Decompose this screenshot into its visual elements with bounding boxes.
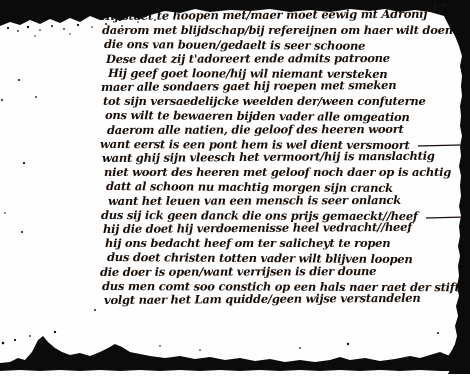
- manuscript-line: want ghij sijn vleesch het vermoort/hij …: [102, 148, 470, 165]
- manuscript-line: die doer is open/want verrijsen is dier …: [100, 263, 470, 278]
- folio-number: 17: [431, 2, 446, 15]
- manuscript-line: daerom met blijdschap/bij refereijnen om…: [102, 23, 470, 37]
- manuscript-line: tot sijn versaedelijcke weelden der/ween…: [103, 94, 470, 108]
- manuscript-line: hij die doet hij verdoemenisse heel vedr…: [103, 219, 470, 236]
- scanned-manuscript-page: 17 Hij staet te hoopen met/maer moet eew…: [0, 0, 470, 376]
- manuscript-line: hij ons bedacht heef om ter salicheyt te…: [105, 236, 470, 250]
- manuscript-line: daerom alle natien, die geloof des heere…: [107, 121, 470, 136]
- manuscript-line: maer alle sondaers gaet hij roepen met s…: [101, 77, 470, 94]
- manuscript-text-block: Hij staet te hoopen met/maer moet eewig …: [104, 9, 470, 307]
- manuscript-line: niet woort des heeren met geloof noch da…: [104, 165, 470, 179]
- manuscript-line: Dese daet zij t'adoreert ende admits pat…: [106, 50, 470, 65]
- scan-border-bottom: [0, 336, 470, 371]
- manuscript-line: volgt naer het Lam quidde/geen wijse ver…: [104, 291, 470, 308]
- manuscript-line: Hij staet te hoopen met/maer moet eewig …: [100, 6, 470, 23]
- manuscript-line: want het leuen van een mensch is seer on…: [108, 192, 470, 207]
